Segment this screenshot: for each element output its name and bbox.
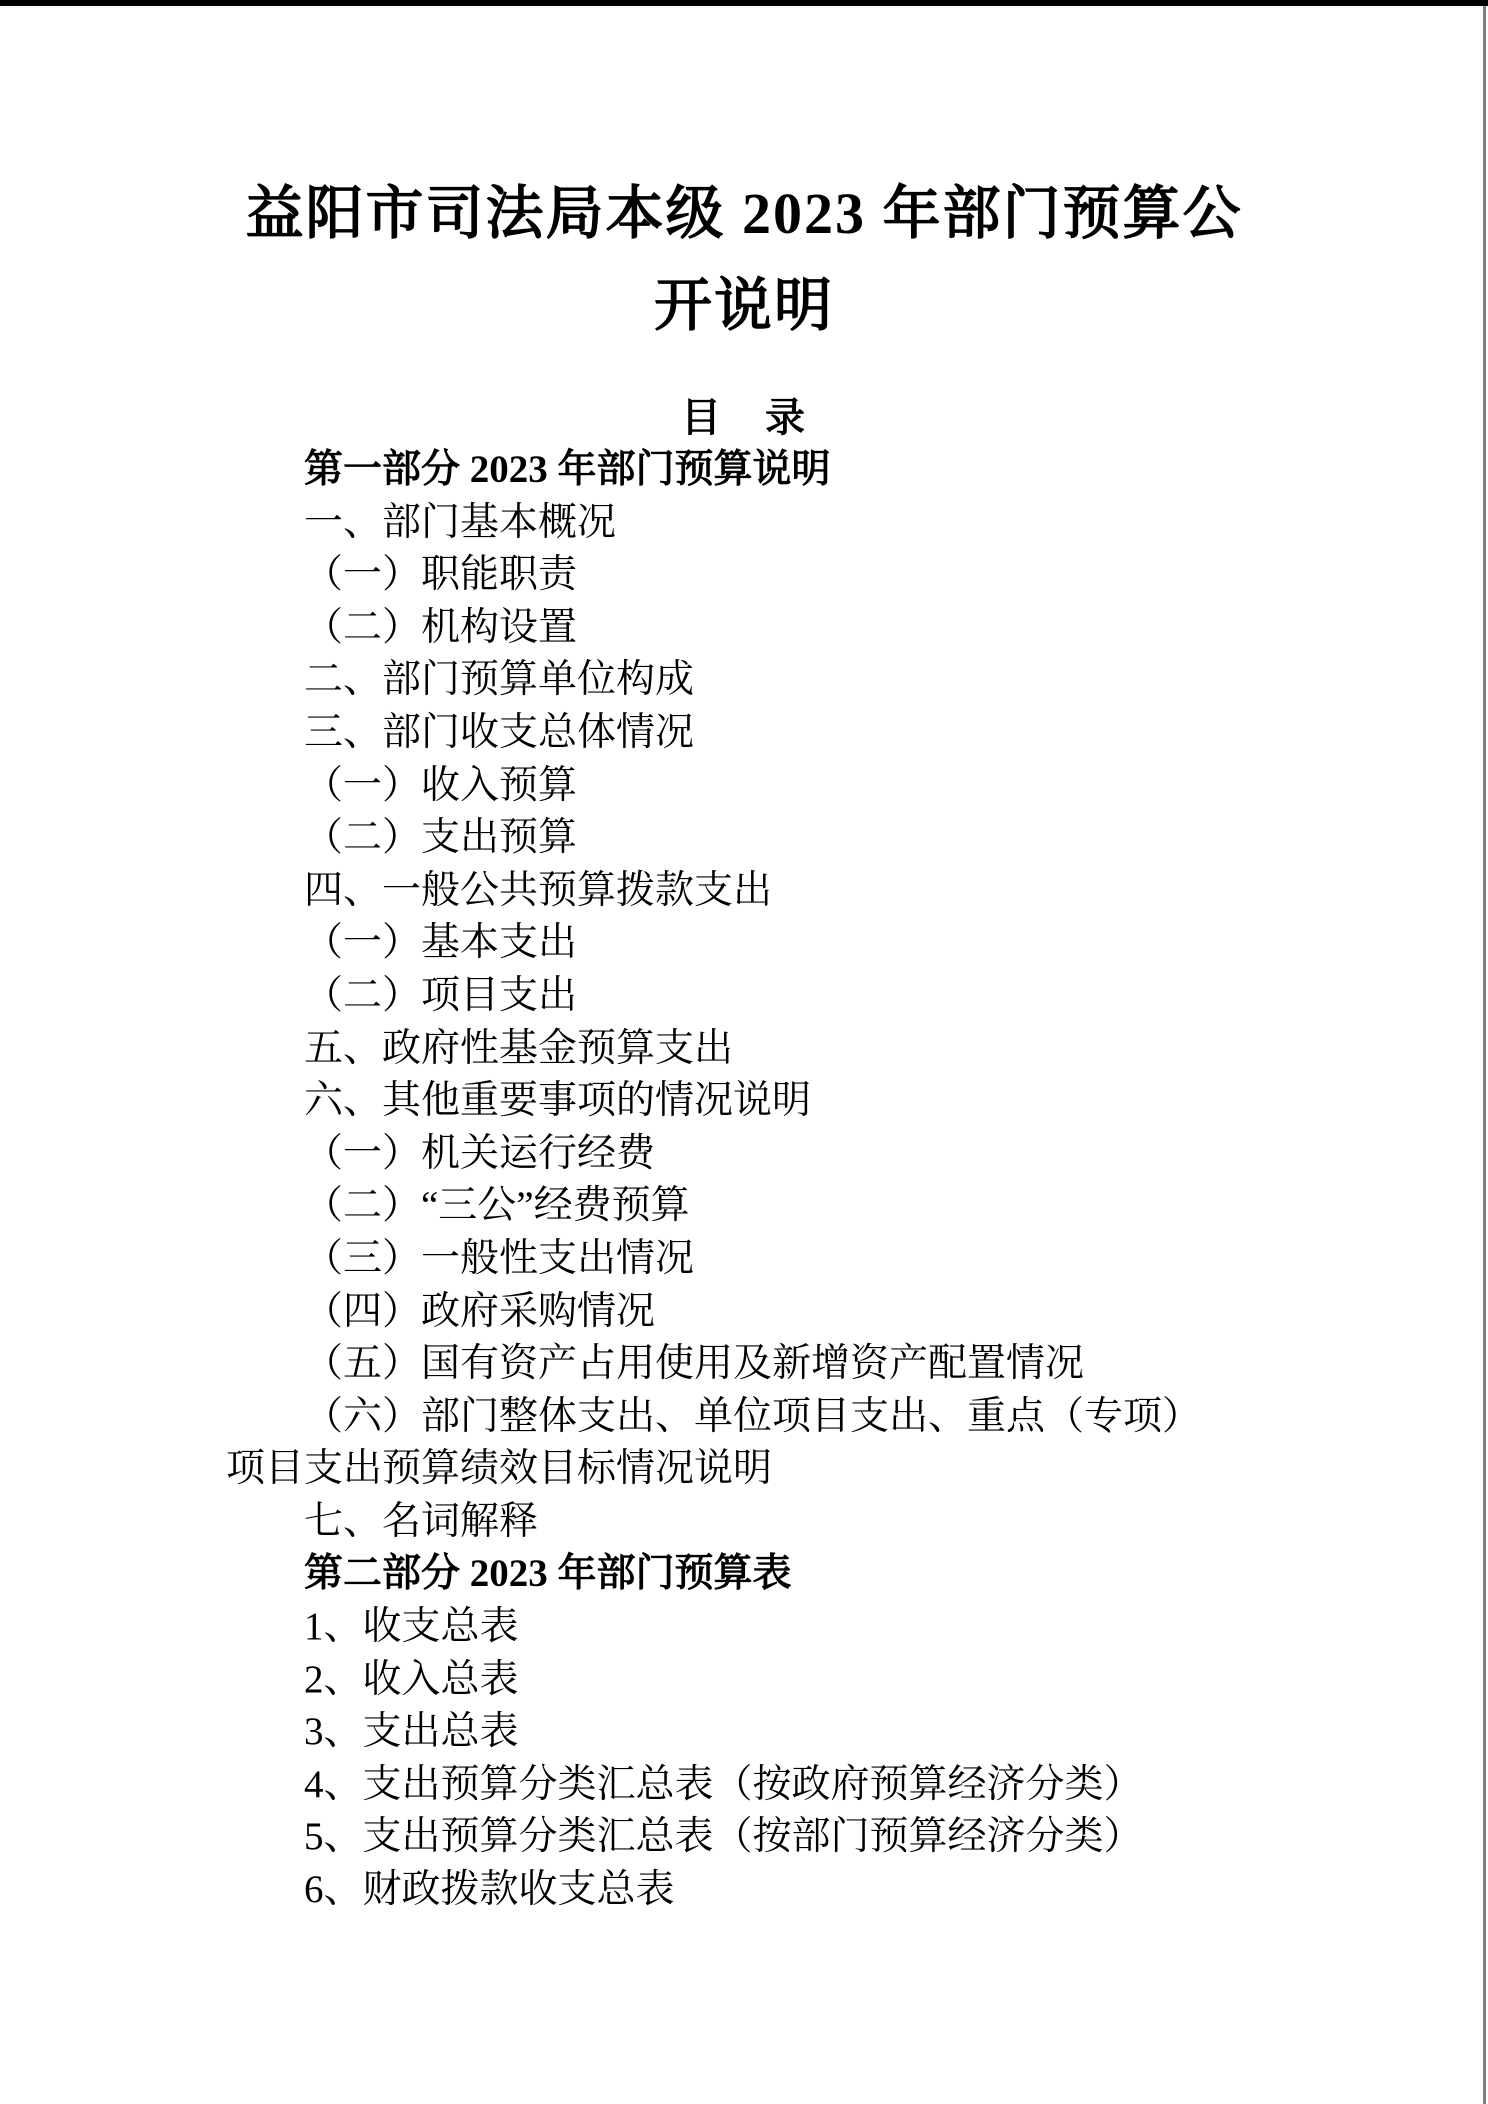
toc-item: 3、支出总表	[226, 1706, 1262, 1759]
toc-item: （五）国有资产占用使用及新增资产配置情况	[226, 1338, 1262, 1391]
toc-item: （二）支出预算	[226, 812, 1262, 865]
toc-item: 四、一般公共预算拨款支出	[226, 865, 1262, 918]
toc-item: 6、财政拨款收支总表	[226, 1864, 1262, 1917]
toc-item: 六、其他重要事项的情况说明	[226, 1075, 1262, 1128]
toc-item: 二、部门预算单位构成	[226, 654, 1262, 707]
toc-item: （二）机构设置	[226, 602, 1262, 655]
toc-item: 1、收支总表	[226, 1601, 1262, 1654]
toc-item: 三、部门收支总体情况	[226, 707, 1262, 760]
toc-item: 七、名词解释	[226, 1496, 1262, 1549]
table-of-contents: 目 录 第一部分 2023 年部门预算说明一、部门基本概况（一）职能职责（二）机…	[226, 391, 1262, 1917]
toc-item: （三）一般性支出情况	[226, 1233, 1262, 1286]
toc-item: 第一部分 2023 年部门预算说明	[226, 444, 1262, 497]
toc-item: 五、政府性基金预算支出	[226, 1023, 1262, 1076]
document-page: 益阳市司法局本级 2023 年部门预算公 开说明 目 录 第一部分 2023 年…	[0, 0, 1488, 2104]
toc-list: 第一部分 2023 年部门预算说明一、部门基本概况（一）职能职责（二）机构设置二…	[226, 444, 1262, 1917]
document-title: 益阳市司法局本级 2023 年部门预算公 开说明	[0, 168, 1488, 352]
toc-item: 一、部门基本概况	[226, 497, 1262, 550]
toc-item: （一）机关运行经费	[226, 1128, 1262, 1181]
toc-item: （六）部门整体支出、单位项目支出、重点（专项）	[226, 1391, 1262, 1444]
toc-item: 第二部分 2023 年部门预算表	[226, 1548, 1262, 1601]
toc-item: （一）收入预算	[226, 760, 1262, 813]
toc-item: 项目支出预算绩效目标情况说明	[226, 1443, 1262, 1496]
toc-item: （一）职能职责	[226, 549, 1262, 602]
toc-item: 5、支出预算分类汇总表（按部门预算经济分类）	[226, 1811, 1262, 1864]
page-top-border	[0, 0, 1488, 6]
toc-item: 2、收入总表	[226, 1654, 1262, 1707]
document-title-line2: 开说明	[0, 260, 1488, 352]
toc-item: （二）“三公”经费预算	[226, 1180, 1262, 1233]
toc-heading: 目 录	[226, 391, 1262, 444]
toc-item: 4、支出预算分类汇总表（按政府预算经济分类）	[226, 1759, 1262, 1812]
toc-item: （二）项目支出	[226, 970, 1262, 1023]
document-title-line1: 益阳市司法局本级 2023 年部门预算公	[0, 168, 1488, 260]
toc-item: （一）基本支出	[226, 917, 1262, 970]
toc-item: （四）政府采购情况	[226, 1286, 1262, 1339]
